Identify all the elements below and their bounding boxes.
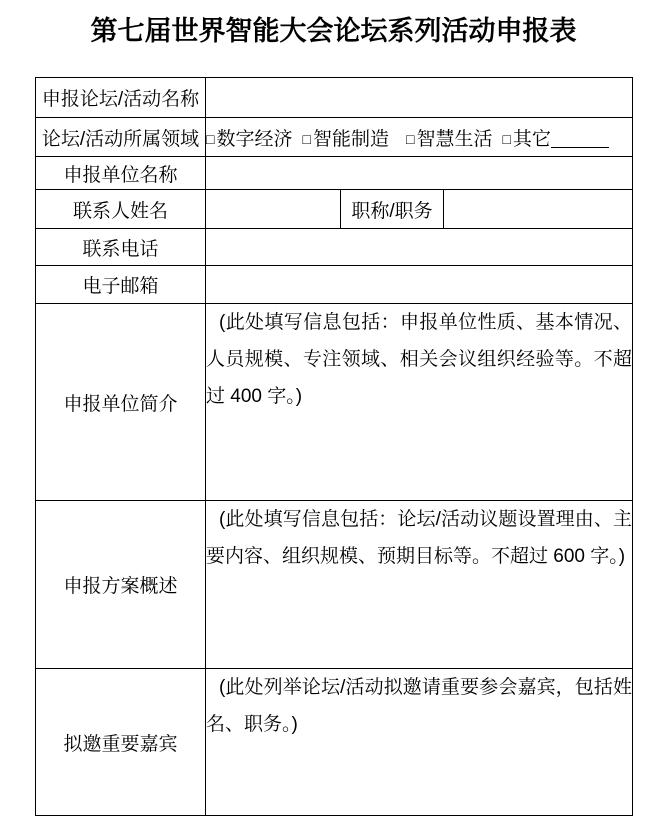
form-row-phone: 联系电话 xyxy=(36,229,633,266)
field-value-org-name[interactable] xyxy=(206,157,633,190)
field-label-email: 电子邮箱 xyxy=(36,266,206,304)
guests-hint-text: (此处列举论坛/活动拟邀请重要参会嘉宾，包括姓名、职务。) xyxy=(206,669,632,743)
field-value-plan-overview[interactable]: (此处填写信息包括：论坛/活动议题设置理由、主要内容、组织规模、预期目标等。不超… xyxy=(206,501,633,669)
field-label-guests: 拟邀重要嘉宾 xyxy=(36,669,206,816)
checkbox-unchecked-icon[interactable]: □ xyxy=(406,131,414,147)
field-value-phone[interactable] xyxy=(206,229,633,266)
field-value-domain: □数字经济□智能制造□智慧生活□其它 xyxy=(206,118,633,157)
checkbox-unchecked-icon[interactable]: □ xyxy=(206,131,214,147)
checkbox-option-smart-life[interactable]: □智慧生活 xyxy=(406,129,492,150)
form-row-email: 电子邮箱 xyxy=(36,266,633,304)
form-row-plan-overview: 申报方案概述 (此处填写信息包括：论坛/活动议题设置理由、主要内容、组织规模、预… xyxy=(36,501,633,669)
field-value-contact-title[interactable] xyxy=(444,190,633,229)
field-value-email[interactable] xyxy=(206,266,633,304)
form-row-forum-name: 申报论坛/活动名称 xyxy=(36,78,633,118)
checkbox-option-label: 其它 xyxy=(513,129,551,150)
checkbox-option-label: 智慧生活 xyxy=(416,129,492,150)
field-label-forum-name: 申报论坛/活动名称 xyxy=(36,78,206,118)
checkbox-option-label: 数字经济 xyxy=(216,129,292,150)
field-label-org-intro: 申报单位简介 xyxy=(36,304,206,501)
field-value-org-intro[interactable]: (此处填写信息包括：申报单位性质、基本情况、人员规模、专注领域、相关会议组织经验… xyxy=(206,304,633,501)
form-row-contact: 联系人姓名 职称/职务 xyxy=(36,190,633,229)
form-row-org-name: 申报单位名称 xyxy=(36,157,633,190)
field-value-forum-name[interactable] xyxy=(206,78,633,118)
form-row-org-intro: 申报单位简介 (此处填写信息包括：申报单位性质、基本情况、人员规模、专注领域、相… xyxy=(36,304,633,501)
field-value-contact-name[interactable] xyxy=(206,190,341,229)
checkbox-unchecked-icon[interactable]: □ xyxy=(302,131,310,147)
field-label-org-name: 申报单位名称 xyxy=(36,157,206,190)
application-form-table: 申报论坛/活动名称 论坛/活动所属领域 □数字经济□智能制造□智慧生活□其它 申… xyxy=(35,77,633,816)
field-label-contact-name: 联系人姓名 xyxy=(36,190,206,229)
field-label-contact-title: 职称/职务 xyxy=(341,190,444,229)
field-label-phone: 联系电话 xyxy=(36,229,206,266)
document-page: 第七届世界智能大会论坛系列活动申报表 申报论坛/活动名称 论坛/活动所属领域 □… xyxy=(0,0,667,819)
checkbox-unchecked-icon[interactable]: □ xyxy=(502,131,510,147)
plan-overview-hint-text: (此处填写信息包括：论坛/活动议题设置理由、主要内容、组织规模、预期目标等。不超… xyxy=(206,501,632,575)
form-row-guests: 拟邀重要嘉宾 (此处列举论坛/活动拟邀请重要参会嘉宾，包括姓名、职务。) xyxy=(36,669,633,816)
field-label-plan-overview: 申报方案概述 xyxy=(36,501,206,669)
checkbox-option-other[interactable]: □其它 xyxy=(502,129,550,150)
form-row-domain: 论坛/活动所属领域 □数字经济□智能制造□智慧生活□其它 xyxy=(36,118,633,157)
checkbox-option-label: 智能制造 xyxy=(313,129,389,150)
org-intro-hint-text: (此处填写信息包括：申报单位性质、基本情况、人员规模、专注领域、相关会议组织经验… xyxy=(206,304,632,415)
field-value-guests[interactable]: (此处列举论坛/活动拟邀请重要参会嘉宾，包括姓名、职务。) xyxy=(206,669,633,816)
field-label-domain: 论坛/活动所属领域 xyxy=(36,118,206,157)
checkbox-option-digital-economy[interactable]: □数字经济 xyxy=(206,129,292,150)
other-option-blank-line[interactable] xyxy=(551,147,609,148)
page-title: 第七届世界智能大会论坛系列活动申报表 xyxy=(0,9,667,48)
checkbox-option-intelligent-manufacturing[interactable]: □智能制造 xyxy=(302,129,388,150)
